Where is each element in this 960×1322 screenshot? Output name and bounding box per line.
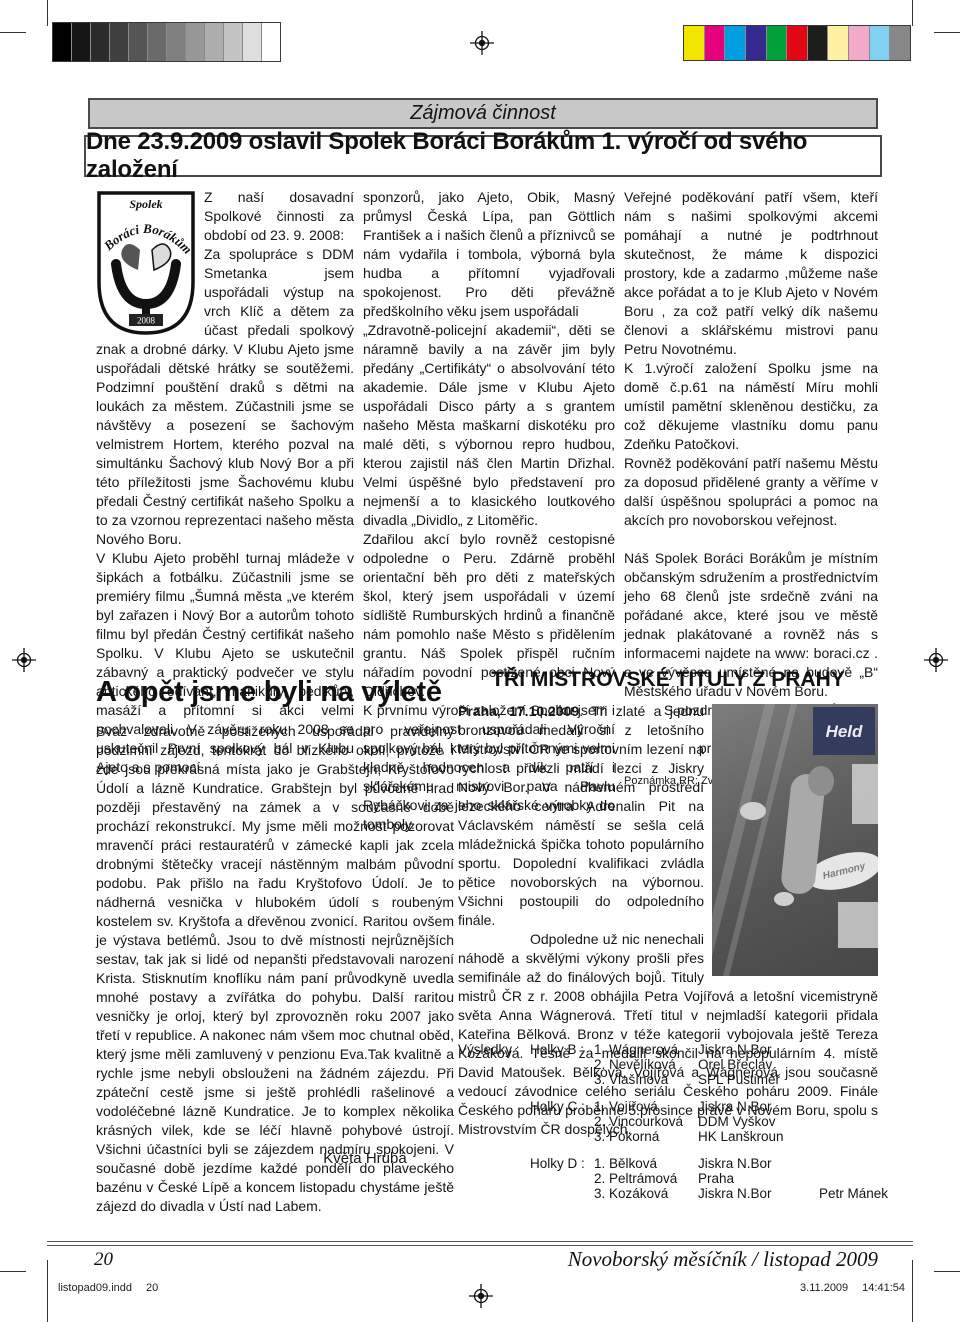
spacer-cell	[458, 1156, 530, 1171]
color-swatch	[53, 23, 72, 61]
spacer	[458, 1087, 888, 1099]
photo-detail	[712, 704, 776, 976]
spacer-cell	[458, 1114, 530, 1129]
photo-sponsor-harmony-label: Harmony	[821, 857, 868, 886]
dateline: Praha, 17.10.2009	[458, 703, 579, 719]
article3-author: Petr Mánek	[819, 1186, 888, 1201]
registration-mark-icon	[12, 648, 36, 672]
color-swatch	[890, 26, 910, 60]
photo-sponsor-held-label: Held	[826, 722, 863, 741]
results-label: Výsledky :	[458, 1042, 530, 1057]
spacer-cell	[458, 1057, 530, 1072]
page: Zájmová činnost Dne 23.9.2009 oslavil Sp…	[0, 0, 960, 1322]
climber-figure	[808, 766, 834, 796]
color-swatch	[705, 26, 726, 60]
photo-detail	[774, 892, 794, 906]
club: Praha	[698, 1171, 888, 1186]
competitor: 2. Vincourková	[594, 1114, 698, 1129]
competitor: 2. Peltrámová	[594, 1171, 698, 1186]
crop-mark	[0, 1271, 26, 1272]
club: HK Lanškroun	[698, 1129, 888, 1144]
headline-banner: Dne 23.9.2009 oslavil Spolek Boráci Borá…	[84, 135, 882, 177]
spacer-cell	[530, 1057, 594, 1072]
table-row: 3. Vlašínová SPL Pustiměř	[458, 1072, 888, 1087]
color-swatch	[110, 23, 129, 61]
table-row: Holky D : 1. Bělková Jiskra N.Bor	[458, 1156, 888, 1171]
paragraph: sponzorů, jako Ajeto, Obik, Masný průmys…	[363, 188, 615, 321]
article2-signature: Květa Hrubá	[280, 1150, 450, 1167]
club: Jiskra N.Bor	[698, 1156, 888, 1171]
club: DDM Vyškov	[698, 1114, 888, 1129]
color-swatch	[787, 26, 808, 60]
table-row: Holky C : 1. Vojířová Jiskra N.Bor	[458, 1099, 888, 1114]
section-title: Zájmová činnost	[410, 102, 556, 125]
color-swatch	[808, 26, 829, 60]
color-swatch	[828, 26, 849, 60]
crop-mark	[47, 0, 48, 26]
paragraph-text: . Tři zlaté a jednu bronzovou medaili si…	[458, 703, 704, 928]
spacer-cell	[458, 1171, 530, 1186]
paragraph: Svaz zdravotně postižených uspořádal pra…	[96, 722, 454, 1216]
group-label: Holky D :	[530, 1156, 594, 1171]
color-swatch	[262, 23, 280, 61]
color-swatch	[148, 23, 167, 61]
registration-mark-icon	[470, 31, 494, 55]
spacer-cell	[458, 1099, 530, 1114]
registration-mark-icon	[924, 648, 948, 672]
spacer-cell	[530, 1114, 594, 1129]
color-swatch	[849, 26, 870, 60]
competitor: 3. Vlašínová	[594, 1072, 698, 1087]
climbing-photo: Held Harmony	[712, 704, 878, 976]
slug-time: 14:41:54	[862, 1282, 905, 1294]
color-swatch	[91, 23, 110, 61]
color-swatch	[129, 23, 148, 61]
competitor: 1. Bělková	[594, 1156, 698, 1171]
club: Jiskra N.Bor	[698, 1099, 888, 1114]
color-swatch	[205, 23, 224, 61]
spacer-cell	[530, 1072, 594, 1087]
crop-mark	[0, 32, 26, 33]
spacer-cell	[458, 1072, 530, 1087]
table-row: 2. Peltrámová Praha	[458, 1171, 888, 1186]
color-calibration-bar	[683, 25, 911, 61]
article2-body: Svaz zdravotně postižených uspořádal pra…	[96, 722, 454, 1216]
spacer	[458, 1144, 888, 1156]
competitor: 1. Wágnerová	[594, 1042, 698, 1057]
photo-sponsor-held: Held	[813, 707, 875, 755]
color-swatch	[746, 26, 767, 60]
article3-title: TŘI MISTROVSKÉ TITULY Z PRAHY	[458, 668, 878, 692]
color-swatch	[186, 23, 205, 61]
headline: Dne 23.9.2009 oslavil Spolek Boráci Borá…	[86, 128, 880, 184]
club: SPL Pustiměř	[698, 1072, 888, 1087]
color-swatch	[167, 23, 186, 61]
table-row: Výsledky : Holky B : 1. Wágnerová Jiskra…	[458, 1042, 888, 1057]
footer-rule	[47, 1241, 913, 1246]
table-row: 2. Vincourková DDM Vyškov	[458, 1114, 888, 1129]
photo-detail	[838, 902, 878, 948]
club-logo: Spolek Boráci Borákům 2008	[96, 190, 196, 336]
photo-detail	[852, 764, 878, 824]
article1-column-3: Veřejné poděkování patří všem, kteří nám…	[624, 188, 878, 788]
competitor: 2. Nevělíková	[594, 1057, 698, 1072]
competitor: 3. Pokorná	[594, 1129, 698, 1144]
logo-year: 2008	[137, 316, 156, 326]
color-swatch	[767, 26, 788, 60]
table-row: 2. Nevělíková Orel Břeclav	[458, 1057, 888, 1072]
color-swatch	[725, 26, 746, 60]
club: Jiskra N.Bor	[698, 1042, 888, 1057]
club: Jiskra N.Bor	[698, 1186, 819, 1201]
color-swatch	[72, 23, 91, 61]
article2-title: A opět jsme byli na výletě	[96, 676, 442, 709]
color-swatch	[224, 23, 243, 61]
spacer-cell	[530, 1129, 594, 1144]
section-banner: Zájmová činnost	[88, 98, 878, 129]
crop-mark	[934, 32, 960, 33]
spacer-cell	[530, 1171, 594, 1186]
paragraph: K 1.výročí založení Spolku jsme na domě …	[624, 359, 878, 454]
table-row: 3. Pokorná HK Lanškroun	[458, 1129, 888, 1144]
photo-detail	[740, 802, 766, 820]
grayscale-calibration-bar	[52, 22, 281, 62]
table-row: 3. Kozáková Jiskra N.Bor Petr Mánek	[458, 1186, 888, 1201]
paragraph: Rovněž poděkování patří našemu Městu za …	[624, 454, 878, 530]
crop-mark	[912, 0, 913, 26]
color-swatch	[684, 26, 705, 60]
group-label: Holky C :	[530, 1099, 594, 1114]
crop-mark	[934, 1271, 960, 1272]
spacer-cell	[458, 1129, 530, 1144]
spacer-cell	[458, 1186, 530, 1201]
slug-right: 3.11.200914:41:54	[0, 1282, 905, 1294]
club-logo-emblem: Spolek Boráci Borákům 2008	[96, 190, 196, 336]
logo-text-top: Spolek	[129, 197, 162, 211]
results-table: Výsledky : Holky B : 1. Wágnerová Jiskra…	[458, 1042, 888, 1201]
crop-mark	[912, 1260, 913, 1322]
paragraph: „Zdravotně-policejní akademii“, děti se …	[363, 321, 615, 530]
color-swatch	[870, 26, 891, 60]
group-label: Holky B :	[530, 1042, 594, 1057]
competitor: 1. Vojířová	[594, 1099, 698, 1114]
club: Orel Břeclav	[698, 1057, 888, 1072]
spacer-cell	[530, 1186, 594, 1201]
competitor: 3. Kozáková	[594, 1186, 698, 1201]
page-number: 20	[94, 1249, 113, 1271]
color-swatch	[243, 23, 262, 61]
publication-name: Novoborský měsíčník / listopad 2009	[418, 1247, 878, 1272]
paragraph: Veřejné poděkování patří všem, kteří nám…	[624, 188, 878, 359]
slug-date: 3.11.2009	[800, 1282, 848, 1294]
